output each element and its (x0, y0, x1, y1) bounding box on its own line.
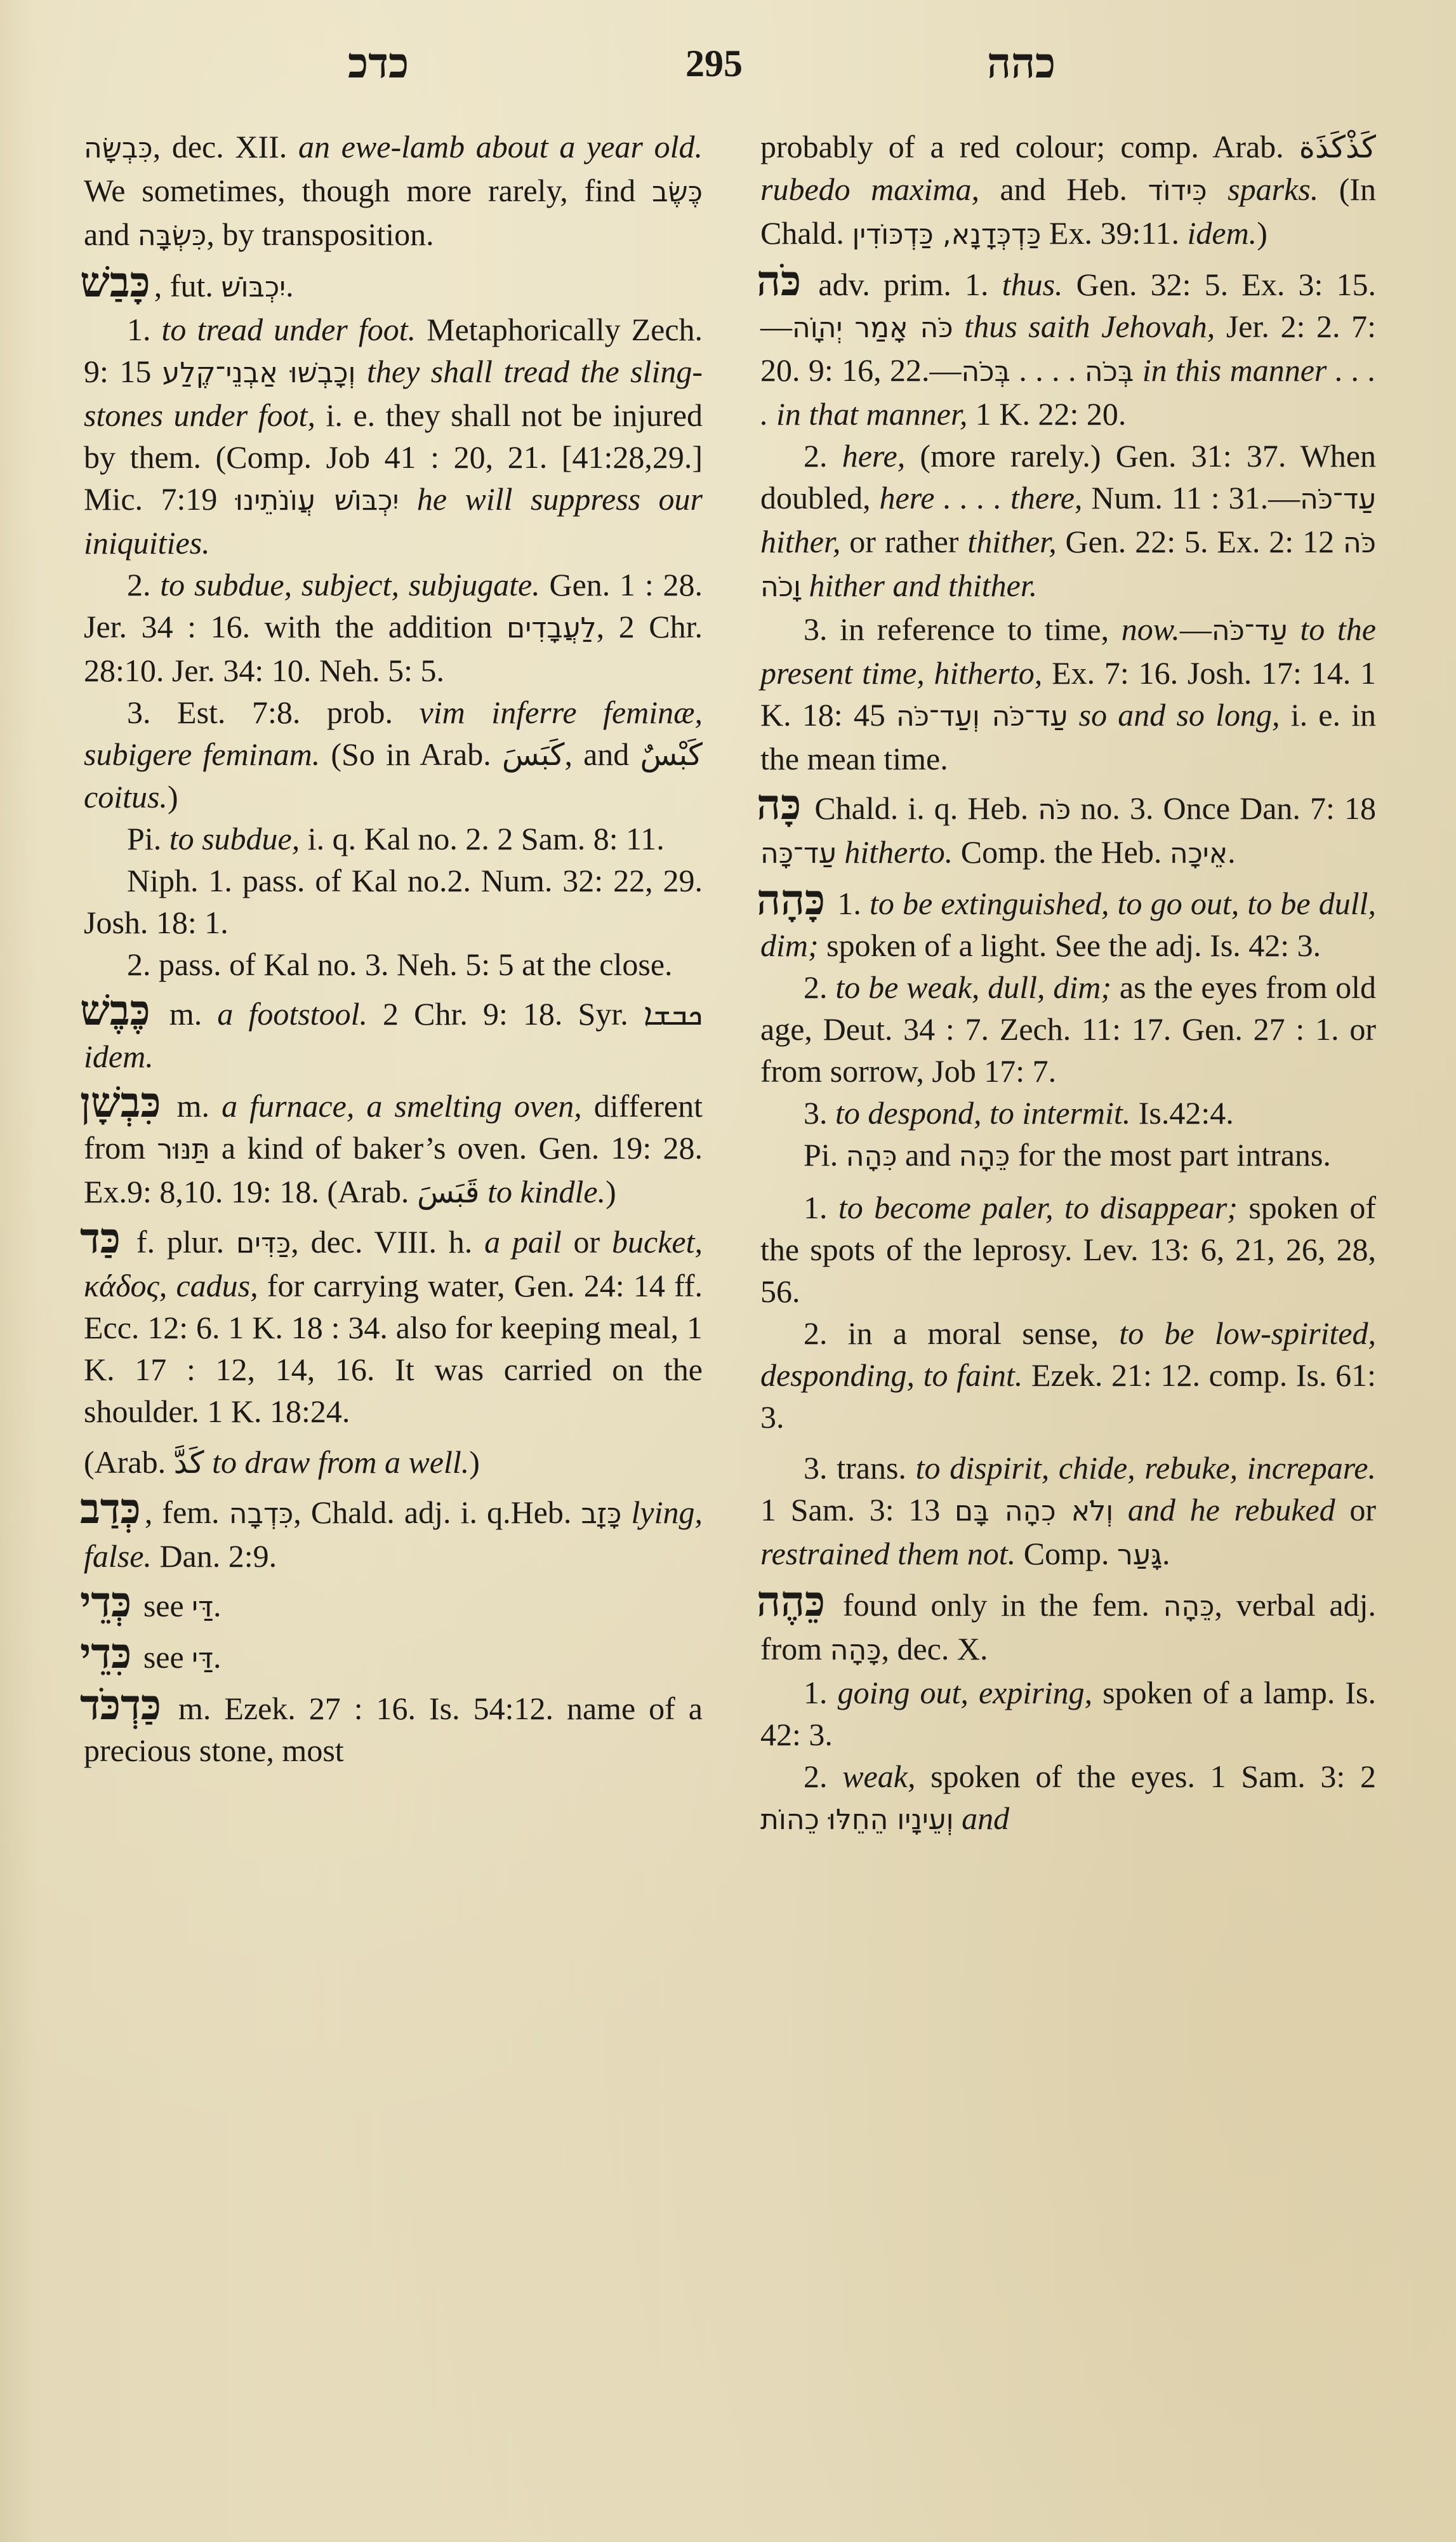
entry-kedav: כְּדַב, fem. כִּדְבָה, Chald. adj. i. q.… (84, 1489, 703, 1577)
entry-koh: כֹּה adv. prim. 1. thus. Gen. 32: 5. Ex.… (760, 261, 1376, 780)
entry-headword: כִּבְשָׁן (80, 1080, 161, 1126)
entry-kad: כַּד f. plur. כַּדִּים, dec. VIII. h. a … (84, 1218, 703, 1484)
sense-2: 2. to subdue, subject, subjugate. Gen. 1… (84, 564, 703, 691)
entry-kedei: כְּדֵי see דַּי. (84, 1582, 703, 1628)
sense-1: 1. to tread under foot. Metaphorically Z… (84, 309, 703, 564)
entry-kah-chaldee: כָּה Chald. i. q. Heb. כֹּה no. 3. Once … (760, 785, 1376, 875)
arabic-word: قَبَسَ (417, 1175, 480, 1210)
hebrew-word: כֶּשֶׂב (652, 176, 703, 208)
piel-intro: Pi. כִּהָה and כֵּהָה for the most part … (760, 1134, 1376, 1178)
arabic-word: كَبْسٌ (640, 737, 703, 773)
entry-kadkod: כַּדְכֹּד m. Ezek. 27 : 16. Is. 54:12. n… (84, 1685, 703, 1771)
entry-kahah-verb: כָּהָה 1. to be extinguished, to go out,… (760, 880, 1376, 1576)
entry-headword: כַּדְכֹּד (80, 1682, 161, 1729)
sense-2: 2. to be weak, dull, dim; as the eyes fr… (760, 966, 1376, 1092)
sense-3: 3. Est. 7:8. prob. vim inferre feminæ, s… (84, 691, 703, 818)
sense-2: 2. here, (more rarely.) Gen. 31: 37. Whe… (760, 435, 1376, 608)
sense-3: 3. to despond, to intermit. Is.42:4. (760, 1092, 1376, 1134)
entry-kidei: כִּדֵי see דַּי. (84, 1634, 703, 1680)
sense-2: 2. weak, spoken of the eyes. 1 Sam. 3: 2… (760, 1755, 1376, 1841)
niphal-sense-1: Niph. 1. pass. of Kal no.2. Num. 32: 22,… (84, 860, 703, 943)
entry-headword: כְּדֵי (80, 1580, 131, 1626)
hebrew-word: כִּשְׂבָּה (138, 220, 207, 252)
entry-kevesh: כֶּבֶשׁ m. a footstool. 2 Chr. 9: 18. Sy… (84, 990, 703, 1077)
entry-headword: כֶּבֶשׁ (80, 988, 150, 1034)
sense-1: 1. going out, expiring, spoken of a lamp… (760, 1672, 1376, 1755)
piel-sense-2: 2. in a moral sense, to be low-spirited,… (760, 1312, 1376, 1438)
right-column: probably of a red colour; comp. Arab. كَ… (760, 126, 1376, 1846)
left-column: כִּבְשָׂה, dec. XII. an ewe-lamb about a… (84, 126, 703, 1776)
arabic-word: كَذْكَذَة (1299, 130, 1376, 165)
arabic-word: كَدَّ (174, 1445, 204, 1481)
syriac-word: ܟܒܫܐ (644, 997, 703, 1032)
entry-text: כִּבְשָׂה, dec. XII. an ewe-lamb about a… (84, 126, 703, 257)
piel-sense-3: 3. trans. to dispirit, chide, rebuke, in… (760, 1447, 1376, 1576)
dictionary-page: כדכ 295 כהה כִּבְשָׂה, dec. XII. an ewe-… (0, 0, 1456, 2542)
left-running-headword: כדכ (348, 38, 409, 88)
arabic-word: كَبَسَ (502, 737, 565, 773)
entry-headword: כָּבַשׁ (80, 260, 150, 306)
entry-headline: כָּבַשׁ, fut. יִכְבּוֹשׁ. (84, 262, 703, 309)
entry-headword: כֹּה (757, 258, 801, 305)
right-running-headword: כהה (987, 38, 1056, 88)
entry-headword: כַּד (80, 1216, 121, 1262)
sense-3: 3. in reference to time, now.—עַד־כֹּה t… (760, 608, 1376, 780)
entry-headword: כִּדֵי (80, 1631, 131, 1677)
entry-headword: כָּהָה (757, 877, 825, 924)
piel-sense: Pi. to subdue, i. q. Kal no. 2. 2 Sam. 8… (84, 818, 703, 860)
piel-sense-1: 1. to become paler, to disappear; spoken… (760, 1187, 1376, 1312)
entry-kivsah: כִּבְשָׂה, dec. XII. an ewe-lamb about a… (84, 126, 703, 257)
entry-kivshan: כִּבְשָׁן m. a furnace, a smelting oven,… (84, 1082, 703, 1213)
niphal-sense-2: 2. pass. of Kal no. 3. Neh. 5: 5 at the … (84, 943, 703, 985)
entry-kavash: כָּבַשׁ, fut. יִכְבּוֹשׁ. 1. to tread un… (84, 262, 703, 985)
entry-headword: כָּה (757, 782, 801, 828)
hebrew-word: כִּבְשָׂה (84, 132, 153, 164)
page-header: כדכ 295 כהה (0, 38, 1456, 95)
entry-keheh-adj: כֵּהֶה found only in the fem. כֵּהָה, ve… (760, 1581, 1376, 1841)
entry-headword: כְּדַב (80, 1486, 141, 1533)
entry-kadkod-continued: probably of a red colour; comp. Arab. كَ… (760, 126, 1376, 256)
page-number: 295 (685, 42, 743, 86)
entry-headword: כֵּהֶה (757, 1579, 825, 1625)
